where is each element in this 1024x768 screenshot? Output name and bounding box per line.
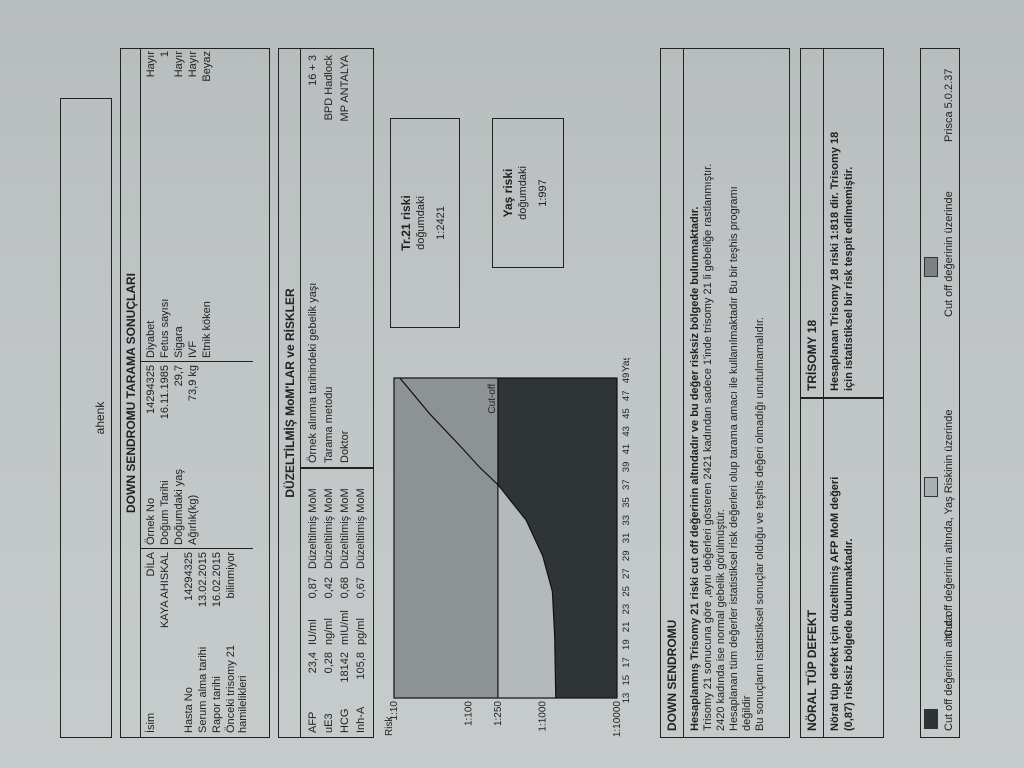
x-tick-label: 47	[621, 390, 632, 401]
x-tick-label: 17	[621, 657, 632, 668]
x-tick-label: 35	[621, 497, 632, 508]
top-field-box: ahenk	[60, 98, 112, 738]
patient-value: Hayır	[187, 51, 199, 137]
legend-box: Cut off değerinin altında Cut off değeri…	[920, 48, 960, 738]
patient-label: Doğum Tarihi	[159, 480, 171, 545]
x-tick-label: 25	[621, 586, 632, 597]
risk-chart-svg: Cut-off1:101:1001:2501:10001:10000Risk13…	[382, 358, 652, 738]
patient-label: Etnik köken	[201, 301, 213, 358]
marker-mom-label: Düzeltilmiş MoM	[339, 488, 351, 569]
ntd-line-1: Nöral tüp defekt için düzeltilmiş AFP Mo…	[829, 477, 841, 731]
risk-box-value: 1:997	[537, 119, 549, 267]
sample-label: Tarama metodu	[323, 387, 335, 463]
divider	[683, 49, 684, 737]
x-tick-label: 43	[621, 426, 632, 437]
x-tick-label: 29	[621, 550, 632, 561]
patient-label: Örnek No	[145, 498, 157, 545]
marker-name: uE3	[323, 713, 335, 733]
risk-box-sub: doğumdaki	[415, 119, 427, 327]
y-tick-label: 1:1000	[538, 701, 549, 732]
marker-mom-label: Düzeltilmiş MoM	[323, 488, 335, 569]
legend-label-above: Cut off değerinin üzerinde	[943, 191, 955, 317]
x-tick-label: 33	[621, 515, 632, 526]
patient-value: 14294325	[145, 365, 157, 447]
marker-mom: 0,87	[307, 577, 319, 607]
t18-box: TRİSOMY 18 Hesaplanan Trisomy 18 riski 1…	[800, 48, 884, 398]
down-text-line: 2420 kadında ise normal gebelik görülmüş…	[715, 509, 727, 731]
sample-label: Örnek alınma tarihindeki gebelik yaşı	[307, 283, 319, 463]
marker-mom-label: Düzeltilmiş MoM	[307, 488, 319, 569]
mom-title: DÜZELTİLMİŞ MoM'LAR ve RİSKLER	[279, 49, 297, 737]
patient-label: IVF	[187, 341, 199, 358]
ntd-line-2: (0,87) risksiz bölgede bulunmaktadır.	[843, 538, 855, 731]
report-sheet: ahenk DOWN SENDROMU TARAMA SONUÇLARI İsi…	[0, 0, 1024, 768]
patient-value: DİLA	[145, 552, 157, 647]
patient-value: 14294325	[183, 552, 195, 647]
down-text-line: Hesaplanmış Trisomy 21 riski cut off değ…	[689, 207, 701, 731]
divider	[823, 399, 824, 737]
patient-label: Sigara	[173, 326, 185, 358]
report-title: DOWN SENDROMU TARAMA SONUÇLARI	[121, 49, 141, 737]
risk-box-title: Yaş riski	[501, 119, 515, 267]
markers-table: AFP23,4IU/ml0,87Düzeltilmiş MoMuE30,28ng…	[300, 468, 374, 738]
patient-value: bilinmiyor	[225, 552, 237, 647]
patient-value: 13.02.2015	[197, 552, 209, 647]
down-text-line: Trisomy 21 sonucuna göre ,aynı değerleri…	[702, 164, 714, 731]
top-field-text: ahenk	[93, 402, 107, 435]
risk-chart: Cut-off1:101:1001:2501:10001:10000Risk13…	[382, 358, 652, 738]
report-frame: DOWN SENDROMU TARAMA SONUÇLARI İsimDİLAK…	[120, 48, 1000, 738]
patient-value: 1	[159, 51, 171, 137]
marker-mom: 0,67	[355, 577, 367, 607]
x-tick-label: 13	[621, 693, 632, 704]
sample-value: 16 + 3	[307, 55, 319, 167]
x-tick-label: 21	[621, 622, 632, 633]
marker-unit: IU/ml	[307, 619, 319, 645]
marker-value: 105,8	[355, 652, 367, 697]
patient-label: Doğumdaki yaş	[173, 469, 185, 545]
patient-value: 16.11.1985	[159, 365, 171, 447]
patient-info-box: DOWN SENDROMU TARAMA SONUÇLARI İsimDİLAK…	[120, 48, 270, 738]
y-tick-label: 1:10000	[612, 701, 623, 738]
x-tick-label: 49	[621, 373, 632, 384]
risk-box-title: Tr.21 riski	[399, 119, 413, 327]
down-syndrome-box: DOWN SENDROMU Hesaplanmış Trisomy 21 ris…	[660, 48, 790, 738]
patient-value: 29,7	[173, 365, 185, 447]
sample-label: Doktor	[339, 431, 351, 463]
legend-swatch-below	[924, 709, 938, 729]
patient-value: 73,9 kg	[187, 365, 199, 447]
risk-box-value: 1:2421	[435, 119, 447, 327]
patient-label: Fetus sayısı	[159, 299, 171, 358]
y-tick-label: 1:250	[493, 701, 504, 726]
software-version: Prisca 5.0.2.37	[943, 69, 955, 142]
patient-value: KAYA AHISKAL	[159, 552, 171, 647]
divider	[141, 548, 253, 549]
x-tick-label: 15	[621, 675, 632, 686]
sample-value: MP ANTALYA	[339, 55, 351, 167]
region-above-cutoff	[394, 378, 498, 698]
x-tick-label: 31	[621, 533, 632, 544]
marker-mom-label: Düzeltilmiş MoM	[355, 488, 367, 569]
down-text-line: Bu sonuçların istatistiksel sonuçlar old…	[754, 317, 766, 731]
x-tick-label: 27	[621, 568, 632, 579]
sample-info-box: Örnek alınma tarihindeki gebelik yaşı16 …	[300, 48, 374, 468]
marker-unit: ng/ml	[323, 618, 335, 645]
marker-value: 23,4	[307, 652, 319, 697]
risk-box: Yaş riskidoğumdaki1:997	[492, 118, 564, 268]
divider	[823, 49, 824, 397]
cutoff-label: Cut-off	[487, 384, 498, 414]
y-tick-label: 1:100	[463, 701, 474, 726]
patient-value: Hayır	[173, 51, 185, 137]
x-tick-label: 39	[621, 462, 632, 473]
marker-mom: 0,68	[339, 577, 351, 607]
t18-line-1: Hesaplanan Trisomy 18 riski 1:818 dir. T…	[829, 132, 841, 391]
ntd-title: NÖRAL TÜP DEFEKT	[805, 610, 819, 731]
legend-label-between: Cut off değerinin altında, Yaş Riskinin …	[943, 410, 955, 637]
marker-value: 0,28	[323, 652, 335, 697]
x-tick-label: 45	[621, 408, 632, 419]
patient-label: Önceki trisomy 21 hamilelikleri	[225, 643, 249, 733]
risk-box: Tr.21 riskidoğumdaki1:2421	[390, 118, 460, 328]
marker-value: 18142	[339, 652, 351, 697]
marker-mom: 0,42	[323, 577, 335, 607]
legend-swatch-between	[924, 477, 938, 497]
marker-unit: pg/ml	[355, 618, 367, 645]
t18-title: TRİSOMY 18	[805, 320, 819, 391]
down-title: DOWN SENDROMU	[665, 620, 679, 731]
down-text-line: değildir	[741, 696, 753, 731]
marker-unit: mIU/ml	[339, 610, 351, 645]
patient-value: 16.02.2015	[211, 552, 223, 647]
mom-title-box: DÜZELTİLMİŞ MoM'LAR ve RİSKLER	[278, 48, 300, 738]
patient-label: Diyabet	[145, 321, 157, 358]
patient-value: Hayır	[145, 51, 157, 137]
x-tick-label: 19	[621, 639, 632, 650]
marker-name: AFP	[307, 712, 319, 733]
marker-name: Inh-A	[355, 707, 367, 733]
marker-name: HCG	[339, 709, 351, 733]
patient-label: Rapor tarihi	[211, 643, 223, 733]
t18-line-2: için istatistiksel bir risk tespit edilm…	[843, 167, 855, 391]
x-tick-label: 23	[621, 604, 632, 615]
y-axis-label: Risk	[384, 716, 395, 736]
legend-swatch-above	[924, 257, 938, 277]
x-tick-label: 41	[621, 444, 632, 455]
sample-value: BPD Hadlock	[323, 55, 335, 167]
ntd-box: NÖRAL TÜP DEFEKT Nöral tüp defekt için d…	[800, 398, 884, 738]
patient-label: Hasta No	[183, 643, 195, 733]
patient-label: Serum alma tarihi	[197, 643, 209, 733]
down-text-line: Hesaplanan tüm değerler istatistiksel ri…	[728, 186, 740, 731]
divider	[141, 361, 253, 362]
risk-box-sub: doğumdaki	[517, 119, 529, 267]
patient-label: İsim	[145, 643, 157, 733]
patient-label: Ağırlık(kg)	[187, 495, 199, 545]
x-axis-label: Yaş	[621, 358, 632, 372]
patient-value: Beyaz	[201, 51, 213, 137]
x-tick-label: 37	[621, 479, 632, 490]
